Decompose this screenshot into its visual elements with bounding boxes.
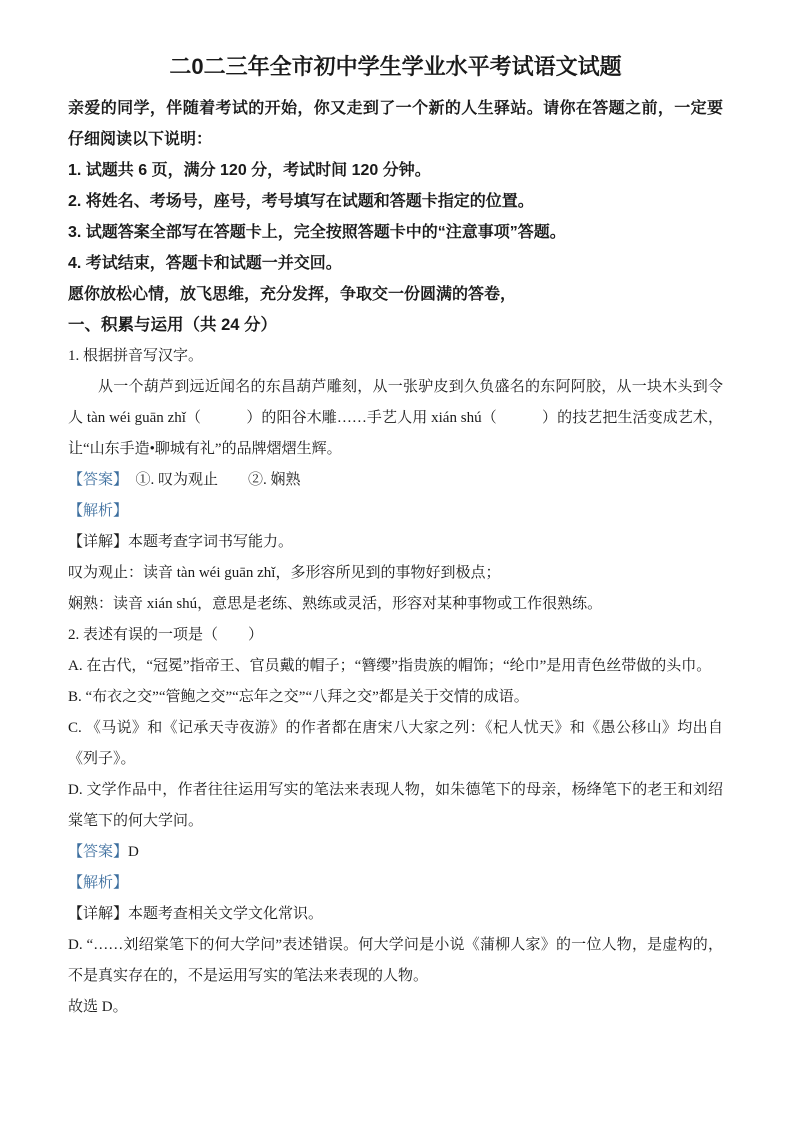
question-2-conclusion: 故选 D。 [68,992,723,1023]
question-1-stem: 1. 根据拼音写汉字。 [68,341,723,372]
question-2-stem: 2. 表述有误的一项是（ ） [68,620,723,651]
intro-paragraph: 亲爱的同学，伴随着考试的开始，你又走到了一个新的人生驿站。请你在答题之前，一定要… [68,93,723,155]
notice-item-1: 1. 试题共 6 页，满分 120 分，考试时间 120 分钟。 [68,155,723,186]
question-1-detail-line: 【详解】本题考查字词书写能力。 [68,527,723,558]
analysis-label: 【解析】 [68,875,128,891]
analysis-label: 【解析】 [68,503,128,519]
question-1-answer-line: 【答案】 ①. 叹为观止 ②. 娴熟 [68,465,723,496]
question-1-note-1: 叹为观止：读音 tàn wéi guān zhǐ，多形容所见到的事物好到极点； [68,558,723,589]
notice-item-2: 2. 将姓名、考场号，座号，考号填写在试题和答题卡指定的位置。 [68,186,723,217]
section-1-heading: 一、积累与运用（共 24 分） [68,310,723,341]
answer-value: ①. 叹为观止 ②. 娴熟 [121,472,301,488]
answer-label: 【答案】 [68,844,128,860]
notice-item-4: 4. 考试结束，答题卡和试题一并交回。 [68,248,723,279]
question-2-option-c: C. 《马说》和《记承天寺夜游》的作者都在唐宋八大家之列：《杞人忧天》和《愚公移… [68,713,723,775]
question-2-explanation: D. “……刘绍棠笔下的何大学问”表述错误。何大学问是小说《蒲柳人家》的一位人物… [68,930,723,992]
answer-label: 【答案】 [68,472,121,488]
wish-line: 愿你放松心情，放飞思维，充分发挥，争取交一份圆满的答卷， [68,279,723,310]
question-2-option-a: A. 在古代，“冠冕”指帝王、官员戴的帽子；“簪缨”指贵族的帽饰；“纶巾”是用青… [68,651,723,682]
notice-item-3: 3. 试题答案全部写在答题卡上，完全按照答题卡中的“注意事项”答题。 [68,217,723,248]
question-2-answer-line: 【答案】D [68,837,723,868]
question-2-option-b: B. “布衣之交”“管鲍之交”“忘年之交”“八拜之交”都是关于交情的成语。 [68,682,723,713]
answer-value: D [128,844,139,860]
question-1-analysis-line: 【解析】 [68,496,723,527]
exam-paper-page: 二0二三年全市初中学生学业水平考试语文试题 亲爱的同学，伴随着考试的开始，你又走… [0,0,793,1122]
question-2-detail-line: 【详解】本题考查相关文学文化常识。 [68,899,723,930]
page-title: 二0二三年全市初中学生学业水平考试语文试题 [68,50,723,84]
question-2-analysis-line: 【解析】 [68,868,723,899]
question-2-option-d: D. 文学作品中，作者往往运用写实的笔法来表现人物，如朱德笔下的母亲，杨绛笔下的… [68,775,723,837]
question-1-passage: 从一个葫芦到远近闻名的东昌葫芦雕刻，从一张驴皮到久负盛名的东阿阿胶，从一块木头到… [68,372,723,465]
question-1-note-2: 娴熟：读音 xián shú，意思是老练、熟练或灵活，形容对某种事物或工作很熟练… [68,589,723,620]
